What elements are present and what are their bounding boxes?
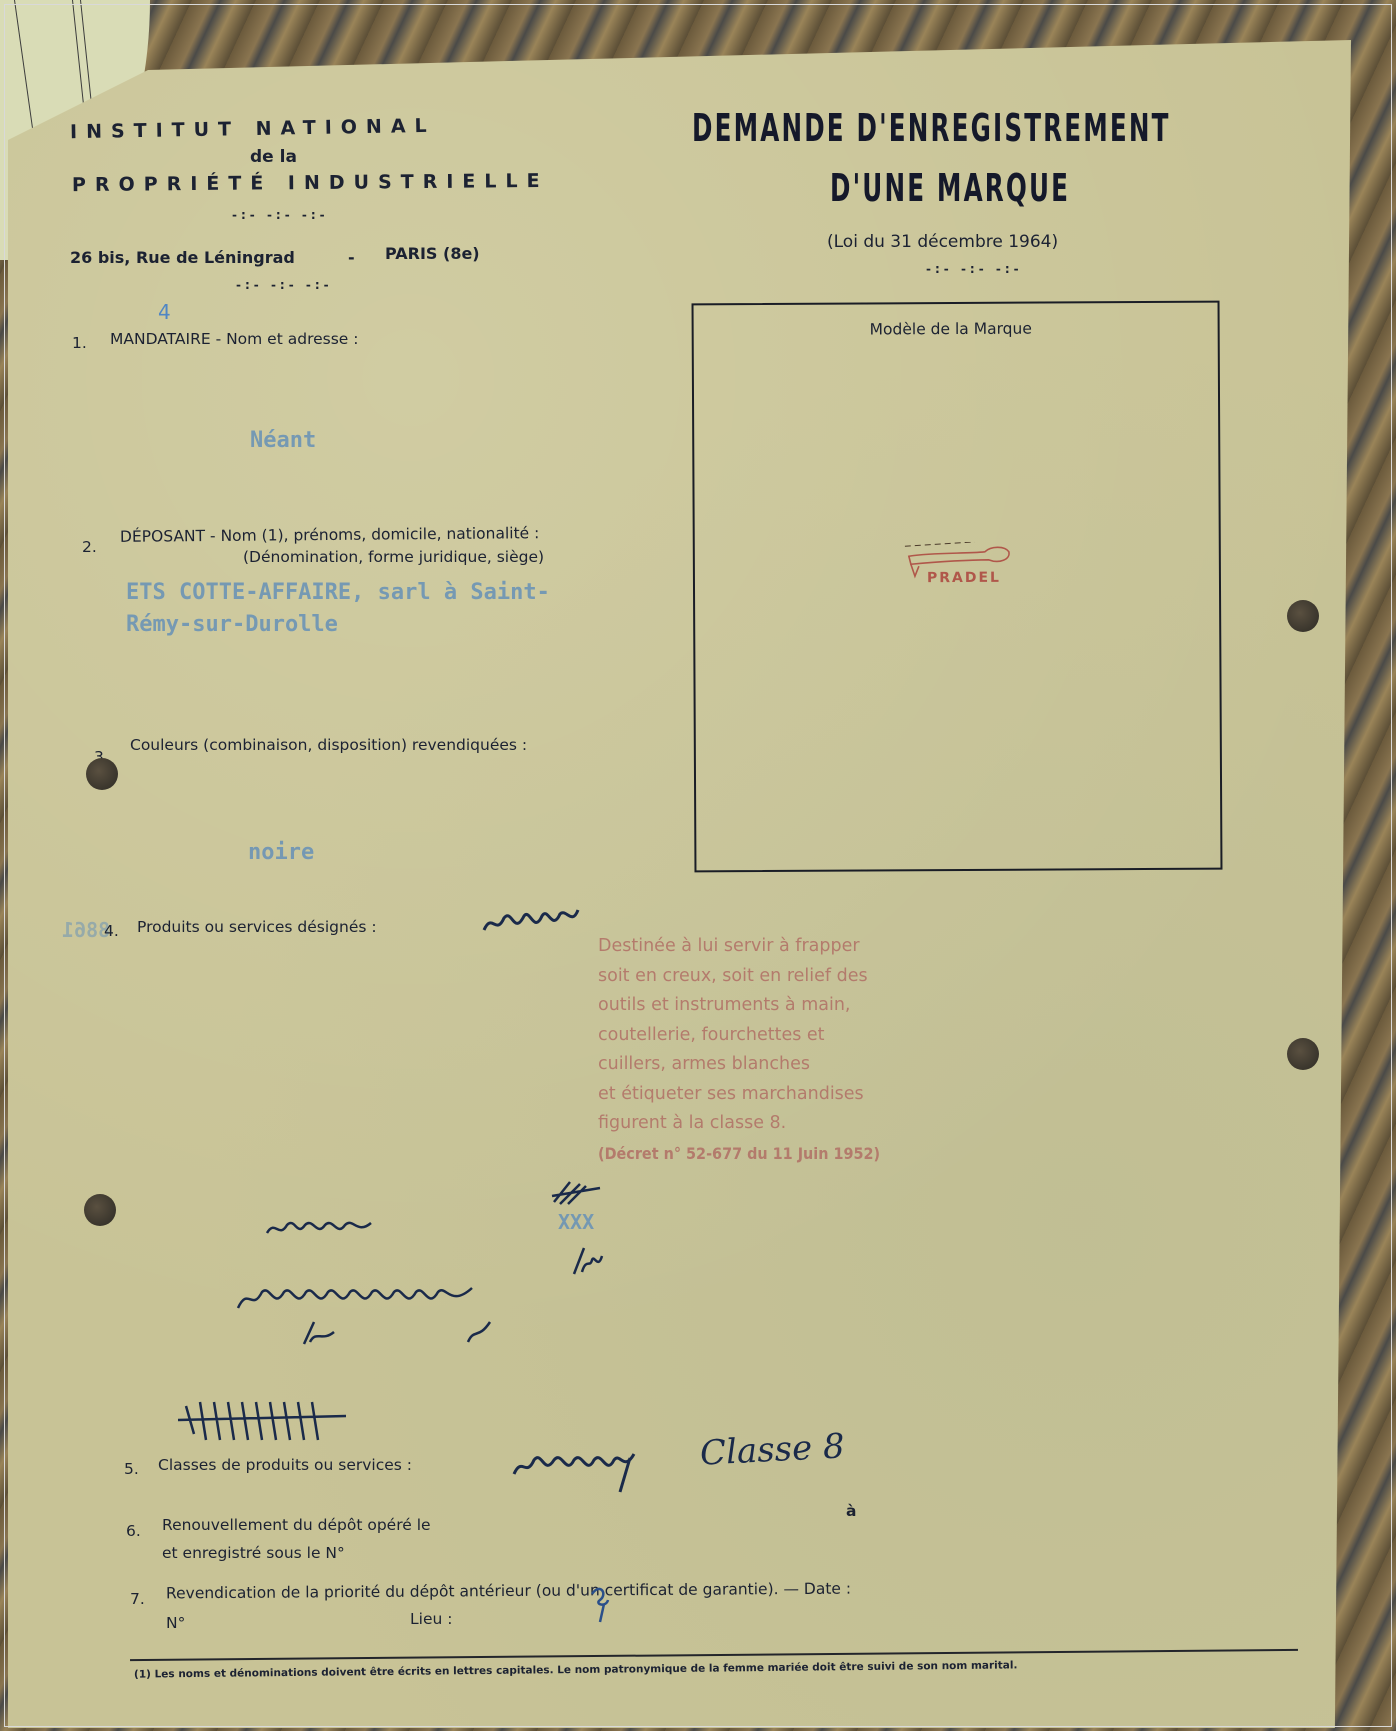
punch-hole <box>86 758 118 790</box>
section-6-number: 6. <box>126 1522 141 1540</box>
section-2-number: 2. <box>82 538 97 556</box>
stamp-line: cuillers, armes blanches <box>598 1050 880 1080</box>
goods-description-stamp: Destinée à lui servir à frapper soit en … <box>598 932 880 1168</box>
applicant-typed-line2: Rémy-sur-Durolle <box>126 612 338 637</box>
scribble-strikeout-icon <box>176 1396 356 1446</box>
trademark-application-form <box>8 40 1351 1728</box>
section-1-number: 1. <box>72 334 87 352</box>
address-street: 26 bis, Rue de Léningrad <box>70 248 295 267</box>
punch-hole <box>84 1194 116 1226</box>
form-title-line1: DEMANDE D'ENREGISTREMENT <box>692 106 1171 150</box>
header-separator-1: -:- -:- -:- <box>232 208 329 222</box>
header-separator-2: -:- -:- -:- <box>236 278 333 292</box>
model-box-title: Modèle de la Marque <box>870 320 1032 339</box>
handwritten-class-value: Classe 8 <box>699 1426 846 1474</box>
punch-hole <box>1287 600 1319 632</box>
scribble-mark-icon <box>464 1318 494 1348</box>
section-7-number-label: N° <box>166 1614 185 1632</box>
scribble-strikeout-icon <box>236 1282 476 1316</box>
stamp-line: Destinée à lui servir à frapper <box>598 932 880 962</box>
section-7-number: 7. <box>130 1590 145 1608</box>
colors-typed-value: noire <box>248 840 314 865</box>
title-separator: -:- -:- -:- <box>926 262 1023 276</box>
section-5-label: Classes de produits ou services : <box>158 1456 412 1474</box>
section-5-number: 5. <box>124 1460 139 1478</box>
pen-mark-icon <box>586 1580 616 1624</box>
section-6-label-line1: Renouvellement du dépôt opéré le <box>162 1516 431 1534</box>
scribble-strikeout-icon <box>512 1444 642 1494</box>
law-reference: (Loi du 31 décembre 1964) <box>827 232 1058 252</box>
section-2-sublabel: (Dénomination, forme juridique, siège) <box>243 548 544 566</box>
section-3-label: Couleurs (combinaison, disposition) reve… <box>130 736 527 754</box>
section-1-label: MANDATAIRE - Nom et adresse : <box>110 330 358 348</box>
applicant-typed-line1: ETS COTTE-AFFAIRE, sarl à Saint- <box>126 580 550 605</box>
address-city: PARIS (8e) <box>385 244 480 263</box>
section-4-label: Produits ou services désignés : <box>137 918 377 936</box>
stamp-line: coutellerie, fourchettes et <box>598 1021 880 1051</box>
typed-xxx-mark: XXX <box>558 1210 594 1234</box>
stamp-line: outils et instruments à main, <box>598 991 880 1021</box>
scribble-mark-icon <box>570 1244 610 1276</box>
scribble-strikeout-icon <box>265 1215 375 1241</box>
stamp-line: et étiqueter ses marchandises <box>598 1080 880 1110</box>
pradel-stamp-text: PRADEL <box>927 570 1001 586</box>
scribble-mark-icon <box>550 1178 610 1208</box>
address-dash: - <box>348 248 355 267</box>
section-2-label: DÉPOSANT - Nom (1), prénoms, domicile, n… <box>120 524 539 546</box>
section-4-number: 4. <box>104 922 119 940</box>
stamp-decree: (Décret n° 52-677 du 11 Juin 1952) <box>598 1139 880 1169</box>
section-6-at-label: à <box>846 1502 856 1520</box>
form-title-line2: D'UNE MARQUE <box>830 166 1070 210</box>
section-7-place-label: Lieu : <box>410 1610 452 1628</box>
margin-pen-mark: 4 <box>158 300 171 324</box>
institute-name-line2: de la <box>250 147 297 167</box>
scribble-strikeout-icon <box>482 906 582 942</box>
section-6-label-line2: et enregistré sous le N° <box>162 1544 345 1562</box>
punch-hole <box>1287 1038 1319 1070</box>
scribble-mark-icon <box>300 1318 340 1348</box>
stamp-line: soit en creux, soit en relief des <box>598 962 880 992</box>
trademark-model-box: Modèle de la Marque PRADEL <box>692 301 1223 873</box>
stamp-line: figurent à la classe 8. <box>598 1109 880 1139</box>
institute-name-line3: PROPRIÉTÉ INDUSTRIELLE <box>72 170 549 196</box>
struck-typed-text: 8861 <box>62 918 110 942</box>
agent-typed-value: Néant <box>250 428 316 453</box>
